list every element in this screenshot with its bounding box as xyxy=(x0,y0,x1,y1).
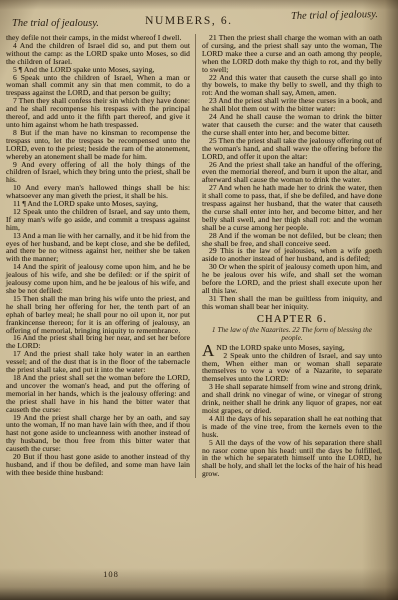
verse: 23 And the priest shall write these curs… xyxy=(202,97,382,113)
chapter-summary: 1 The law of the Nazarites. 22 The form … xyxy=(206,326,378,342)
verse: 15 Then shall the man bring his wife unt… xyxy=(6,295,190,335)
verse: 24 And he shall cause the woman to drink… xyxy=(202,113,382,137)
verse: 4 And the children of Israel did so, and… xyxy=(6,42,190,66)
chapter-heading: CHAPTER 6. xyxy=(202,314,382,325)
verse: 17 And the priest shall take holy water … xyxy=(6,350,190,374)
running-title-right: The trial of jealousy. xyxy=(291,9,378,22)
verse: 19 And the priest shall charge her by an… xyxy=(6,414,190,454)
left-column: they defile not their camps, in the mids… xyxy=(6,34,195,478)
verse: 30 Or when the spirit of jealousy cometh… xyxy=(202,263,382,295)
page-header: The trial of jealousy. NUMBERS, 6. The t… xyxy=(6,10,384,32)
verse: 14 And the spirit of jealousy come upon … xyxy=(6,263,190,295)
verse: 9 And every offering of all the holy thi… xyxy=(6,161,190,185)
right-column: 21 Then the priest shall charge the woma… xyxy=(195,34,382,478)
bible-page: The trial of jealousy. NUMBERS, 6. The t… xyxy=(0,0,398,600)
verse: 4 All the days of his separation shall h… xyxy=(202,415,382,439)
verse: 18 And the priest shall set the woman be… xyxy=(6,374,190,414)
verse: 6 Speak unto the children of Israel, Whe… xyxy=(6,74,190,98)
book-chapter-title: NUMBERS, 6. xyxy=(145,15,233,27)
text-columns: they defile not their camps, in the mids… xyxy=(6,34,382,478)
verse: 29 This is the law of jealousies, when a… xyxy=(202,247,382,263)
verse: 27 And when he hath made her to drink th… xyxy=(202,184,382,231)
verse: 10 And every man's hallowed things shall… xyxy=(6,184,190,200)
verse: 31 Then shall the man be guiltless from … xyxy=(202,295,382,311)
running-title-left: The trial of jealousy. xyxy=(12,18,99,29)
verse: 28 And if the woman be not defiled, but … xyxy=(202,232,382,248)
verse: 5 All the days of the vow of his separat… xyxy=(202,439,382,479)
verse: 16 And the priest shall bring her near, … xyxy=(6,334,190,350)
verse: 8 But if the man have no kinsman to reco… xyxy=(6,129,190,161)
verse: 20 But if thou hast gone aside to anothe… xyxy=(6,453,190,477)
verse: 26 And the priest shall take an handful … xyxy=(202,161,382,185)
drop-cap: A xyxy=(202,344,216,359)
verse: 7 Then they shall confess their sin whic… xyxy=(6,97,190,129)
page-number: 108 xyxy=(103,569,119,579)
verse: 12 Speak unto the children of Israel, an… xyxy=(6,208,190,232)
verse: 21 Then the priest shall charge the woma… xyxy=(202,34,382,74)
verse: 3 He shall separate himself from wine an… xyxy=(202,383,382,415)
verse: 25 Then the priest shall take the jealou… xyxy=(202,137,382,161)
verse: 13 And a man lie with her carnally, and … xyxy=(6,232,190,264)
verse: 22 And this water that causeth the curse… xyxy=(202,74,382,98)
verse: 2 Speak unto the children of Israel, and… xyxy=(202,352,382,384)
